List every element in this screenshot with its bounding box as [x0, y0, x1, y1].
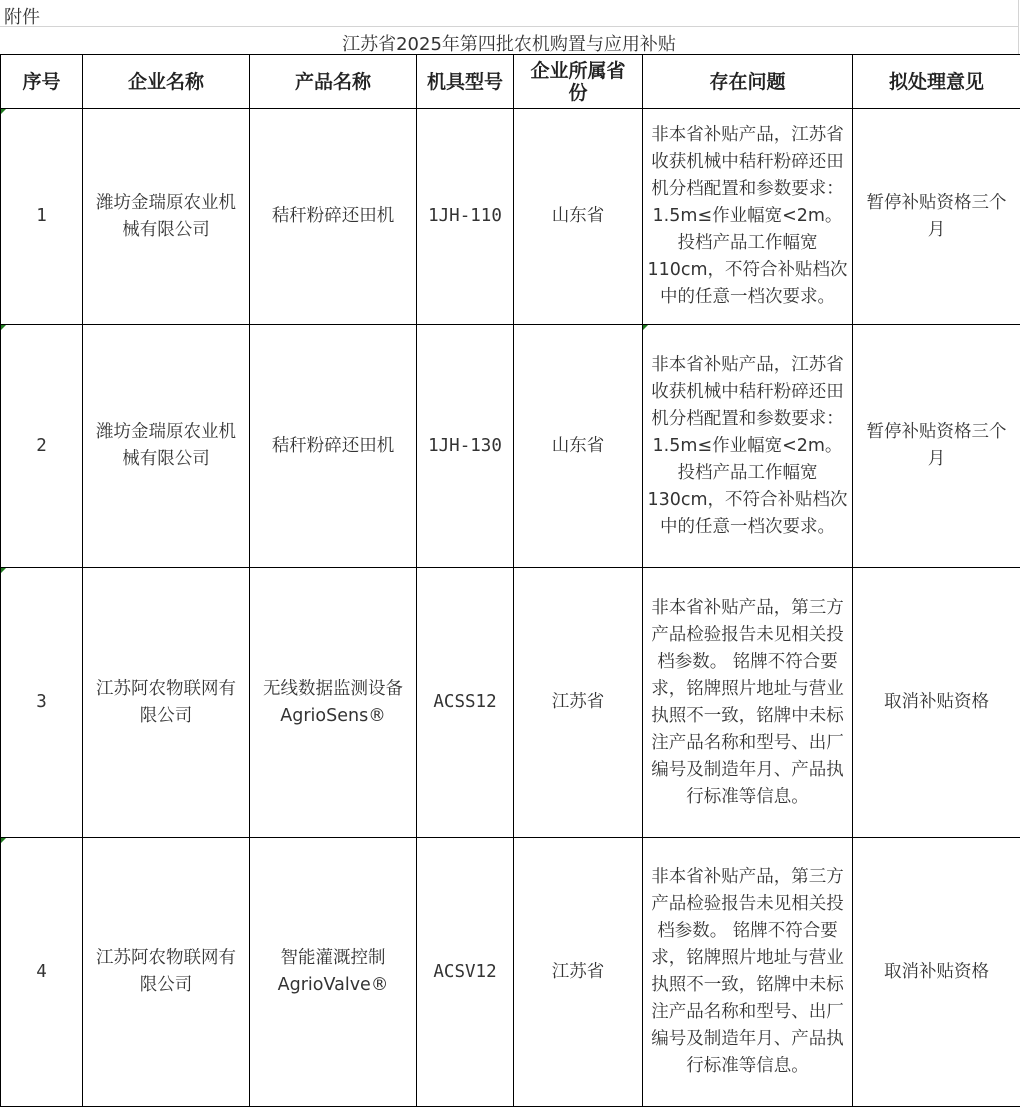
cell-company[interactable]: 潍坊金瑞原农业机械有限公司: [83, 325, 250, 568]
cell-issue[interactable]: 非本省补贴产品，江苏省收获机械中秸秆粉碎还田机分档配置和参数要求： 1.5m≤作…: [643, 109, 853, 325]
table-row: 4 江苏阿农物联网有限公司 智能灌溉控制 AgrioValve® ACSV12 …: [1, 838, 1020, 1107]
cell-model[interactable]: ACSV12: [417, 838, 514, 1107]
attachment-row: 附件: [0, 0, 1019, 27]
column-header-action: 拟处理意见: [853, 55, 1020, 109]
cell-issue[interactable]: 非本省补贴产品，第三方产品检验报告未见相关投档参数。 铭牌不符合要求，铭牌照片地…: [643, 568, 853, 838]
attachment-label: 附件: [4, 3, 40, 29]
cell-note-marker-icon: [1, 325, 6, 330]
column-header-province: 企业所属省份: [514, 55, 643, 109]
cell-model[interactable]: 1JH-130: [417, 325, 514, 568]
table-row: 1 潍坊金瑞原农业机械有限公司 秸秆粉碎还田机 1JH-110 山东省 非本省补…: [1, 109, 1020, 325]
cell-province[interactable]: 江苏省: [514, 568, 643, 838]
subsidy-table: 序号 企业名称 产品名称 机具型号 企业所属省份 存在问题 拟处理意见 1 潍坊…: [0, 54, 1020, 1107]
document-title: 江苏省2025年第四批农机购置与应用补贴: [342, 30, 676, 56]
cell-company[interactable]: 潍坊金瑞原农业机械有限公司: [83, 109, 250, 325]
cell-index[interactable]: 4: [1, 838, 83, 1107]
cell-province[interactable]: 江苏省: [514, 838, 643, 1107]
cell-province[interactable]: 山东省: [514, 109, 643, 325]
table-row: 3 江苏阿农物联网有限公司 无线数据监测设备 AgrioSens® ACSS12…: [1, 568, 1020, 838]
cell-index[interactable]: 2: [1, 325, 83, 568]
cell-model[interactable]: ACSS12: [417, 568, 514, 838]
title-row: 江苏省2025年第四批农机购置与应用补贴: [0, 27, 1019, 54]
cell-note-marker-icon: [1, 109, 6, 114]
column-header-index: 序号: [1, 55, 83, 109]
cell-province[interactable]: 山东省: [514, 325, 643, 568]
cell-note-marker-icon: [643, 325, 648, 330]
cell-index[interactable]: 1: [1, 109, 83, 325]
cell-product[interactable]: 秸秆粉碎还田机: [250, 325, 417, 568]
cell-action[interactable]: 取消补贴资格: [853, 838, 1020, 1107]
column-header-company: 企业名称: [83, 55, 250, 109]
cell-model[interactable]: 1JH-110: [417, 109, 514, 325]
cell-issue[interactable]: 非本省补贴产品，江苏省收获机械中秸秆粉碎还田机分档配置和参数要求： 1.5m≤作…: [643, 325, 853, 568]
cell-issue[interactable]: 非本省补贴产品，第三方产品检验报告未见相关投档参数。 铭牌不符合要求，铭牌照片地…: [643, 838, 853, 1107]
cell-action[interactable]: 暂停补贴资格三个月: [853, 325, 1020, 568]
cell-company[interactable]: 江苏阿农物联网有限公司: [83, 568, 250, 838]
cell-product[interactable]: 无线数据监测设备 AgrioSens®: [250, 568, 417, 838]
cell-action[interactable]: 取消补贴资格: [853, 568, 1020, 838]
column-header-product: 产品名称: [250, 55, 417, 109]
cell-note-marker-icon: [1, 838, 6, 843]
cell-index[interactable]: 3: [1, 568, 83, 838]
cell-product[interactable]: 智能灌溉控制 AgrioValve®: [250, 838, 417, 1107]
column-header-model: 机具型号: [417, 55, 514, 109]
cell-action[interactable]: 暂停补贴资格三个月: [853, 109, 1020, 325]
cell-note-marker-icon: [1, 568, 6, 573]
table-header-row: 序号 企业名称 产品名称 机具型号 企业所属省份 存在问题 拟处理意见: [1, 55, 1020, 109]
column-header-issue: 存在问题: [643, 55, 853, 109]
cell-product[interactable]: 秸秆粉碎还田机: [250, 109, 417, 325]
table-row: 2 潍坊金瑞原农业机械有限公司 秸秆粉碎还田机 1JH-130 山东省 非本省补…: [1, 325, 1020, 568]
cell-company[interactable]: 江苏阿农物联网有限公司: [83, 838, 250, 1107]
